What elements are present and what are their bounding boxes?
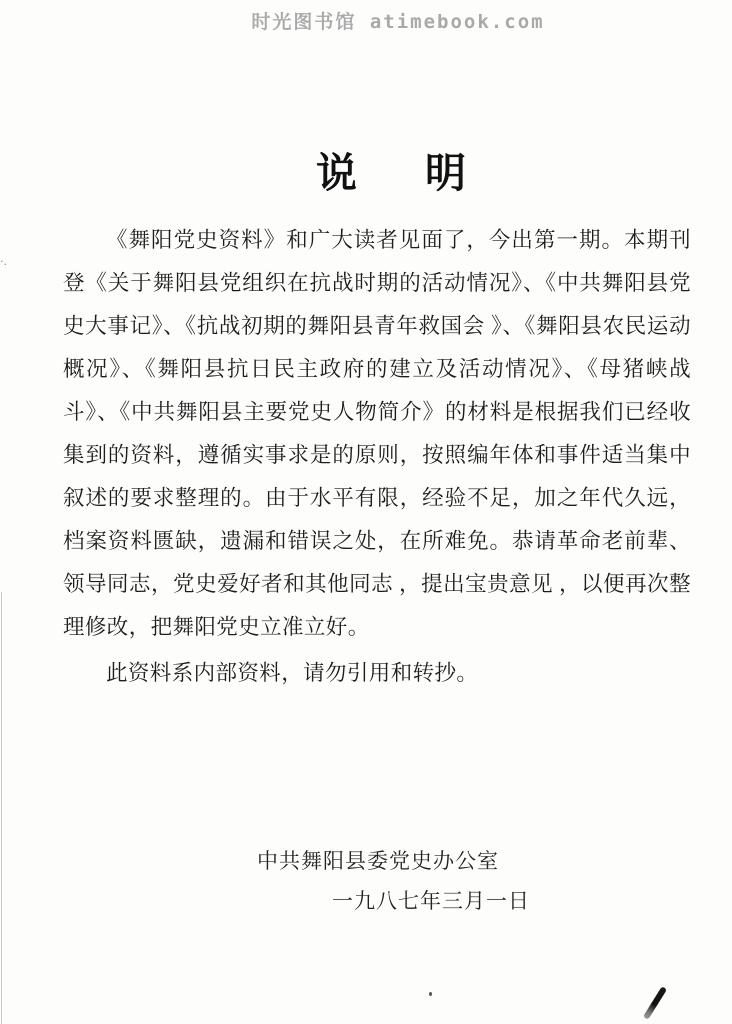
- paragraph-notice: 此资料系内部资料，请勿引用和转抄。: [63, 652, 691, 695]
- signature-date: 一九八七年三月一日: [332, 881, 732, 921]
- page-title: 说明: [0, 140, 732, 199]
- watermark-header: 时光图书馆 atimebook.com: [0, 0, 732, 34]
- paragraph-main: 《舞阳党史资料》和广大读者见面了，今出第一期。本期刊登《关于舞阳县党组织在抗战时…: [63, 219, 691, 649]
- scanned-document-page: 时光图书馆 atimebook.com 说明 《舞阳党史资料》和广大读者见面了，…: [0, 0, 732, 1024]
- scan-edge-mark: ·.: [0, 256, 7, 268]
- scan-edge-line: [1, 592, 2, 1024]
- signature-office: 中共舞阳县委党史办公室: [257, 841, 732, 881]
- pen-mark: [643, 986, 667, 1020]
- signature-block: 中共舞阳县委党史办公室 一九八七年三月一日: [0, 841, 732, 921]
- scan-speck: [429, 992, 432, 996]
- document-body: 《舞阳党史资料》和广大读者见面了，今出第一期。本期刊登《关于舞阳县党组织在抗战时…: [63, 219, 691, 695]
